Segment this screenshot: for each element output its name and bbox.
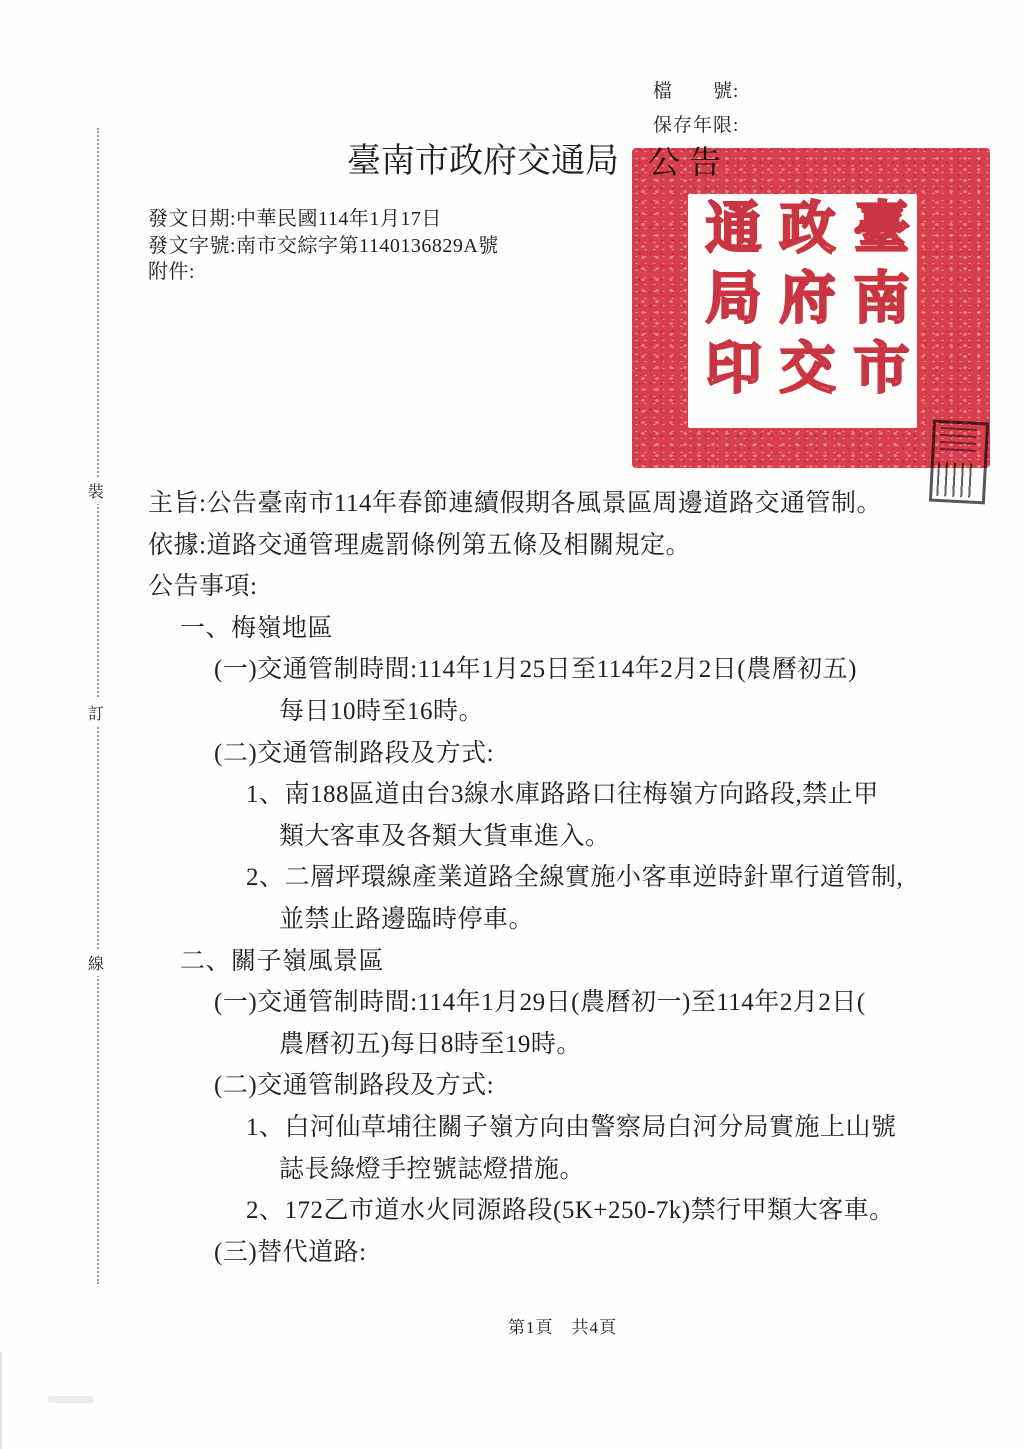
verification-stamp-icon xyxy=(929,420,989,505)
retention-period-label: 保存年限: xyxy=(653,110,739,137)
file-number-label: 檔 號: xyxy=(653,76,739,103)
body-line: 每日10時至16時。 xyxy=(279,691,958,733)
body-line: 二、關子嶺風景區 xyxy=(180,941,958,983)
body-line: 農曆初五)每日8時至19時。 xyxy=(279,1024,958,1066)
binding-mark-zhuang: 裝 xyxy=(87,477,105,504)
body-line: (二)交通管制路段及方式: xyxy=(214,1065,958,1107)
body-line: 1、白河仙草埔往關子嶺方向由警察局白河分局實施上山號 xyxy=(246,1107,958,1149)
body-line: 依據:道路交通管理處罰條例第五條及相關規定。 xyxy=(148,525,958,567)
body-line: 2、二層坪環線產業道路全線實施小客車逆時針單行道管制, xyxy=(246,857,958,899)
body-line: 並禁止路邊臨時停車。 xyxy=(279,899,958,941)
body-line: 類大客車及各類大貨車進入。 xyxy=(279,816,958,858)
body-line: 主旨:公告臺南市114年春節連續假期各風景區周邊道路交通管制。 xyxy=(148,483,958,525)
agency-title: 臺南市政府交通局 xyxy=(347,133,619,182)
page-footer: 第1頁 共4頁 xyxy=(460,1313,665,1338)
document-number-line: 發文字號:南市交綜字第1140136829A號 xyxy=(148,233,499,260)
body-line: (一)交通管制時間:114年1月25日至114年2月2日(農曆初五) xyxy=(214,649,958,691)
document-body: 主旨:公告臺南市114年春節連續假期各風景區周邊道路交通管制。依據:道路交通管理… xyxy=(148,483,958,1273)
body-line: 誌長綠燈手控號誌燈措施。 xyxy=(279,1149,958,1191)
body-line: (一)交通管制時間:114年1月29日(農曆初一)至114年2月2日( xyxy=(214,982,958,1024)
official-seal-inner: 臺南市政府交通局印 xyxy=(688,194,917,428)
body-line: (三)替代道路: xyxy=(214,1232,958,1274)
body-line: (二)交通管制路段及方式: xyxy=(214,733,958,775)
body-line: 2、172乙市道水火同源路段(5K+250-7k)禁行甲類大客車。 xyxy=(246,1190,958,1232)
binding-mark-ding: 訂 xyxy=(87,699,105,726)
stamp-lines-icon xyxy=(936,462,976,498)
official-document-page: 檔 號: 保存年限: 臺南市政府交通局 公告 發文日期:中華民國114年1月17… xyxy=(0,0,1024,1449)
official-seal-text: 臺南市政府交通局印 xyxy=(692,198,914,424)
scan-edge-artifact xyxy=(0,1352,2,1449)
body-line: 1、南188區道由台3線水庫路路口往梅嶺方向路段,禁止甲 xyxy=(246,774,958,816)
scan-smudge-artifact xyxy=(48,1396,94,1403)
attachment-line: 附件: xyxy=(148,259,499,286)
document-meta-block: 發文日期:中華民國114年1月17日 發文字號:南市交綜字第1140136829… xyxy=(148,206,499,286)
body-line: 一、梅嶺地區 xyxy=(180,608,958,650)
binding-mark-xian: 線 xyxy=(87,949,105,976)
stamp-marks-icon xyxy=(939,427,976,455)
issue-date-line: 發文日期:中華民國114年1月17日 xyxy=(148,206,499,233)
body-line: 公告事項: xyxy=(148,566,958,608)
